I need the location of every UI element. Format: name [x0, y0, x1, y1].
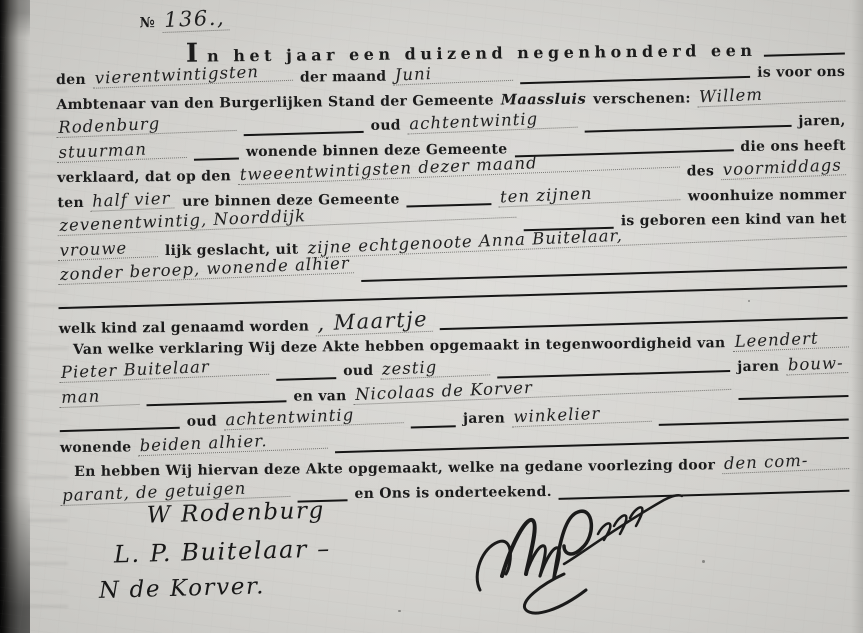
- rule-line: [659, 411, 849, 425]
- rule-line: [763, 45, 845, 56]
- form-lines: №136.,In het jaar een duizend negenhonde…: [55, 1, 849, 510]
- paper-speck: [702, 560, 705, 563]
- printed-text: jaren: [463, 410, 505, 426]
- printed-text: oud: [343, 363, 373, 379]
- witness1-occupation-part1: bouw-: [786, 353, 849, 375]
- daypart-value: voormiddags: [720, 155, 846, 180]
- printed-text: jaren,: [798, 113, 845, 129]
- page-edge-shadow: [851, 0, 863, 633]
- printed-text: Van welke verklaring Wij deze Akte hebbe…: [73, 335, 726, 358]
- printed-text: En hebben Wij hiervan deze Akte opgemaak…: [74, 457, 715, 480]
- signature: L. P. Buitelaar –: [114, 534, 332, 577]
- rule-line: [194, 150, 239, 160]
- official-signature-icon: [468, 478, 698, 628]
- scanned-birth-certificate: №136.,In het jaar een duizend negenhonde…: [0, 0, 863, 633]
- witness1-age: zestig: [380, 355, 491, 379]
- record-no-label: №: [139, 15, 155, 31]
- certificate-body: №136.,In het jaar een duizend negenhonde…: [55, 1, 849, 510]
- birth-time-value: half vier: [90, 188, 175, 211]
- rule-line: [520, 68, 750, 83]
- page-binding-shadow: [0, 0, 30, 633]
- rule-line: [585, 117, 792, 132]
- printed-text: oud: [187, 413, 217, 429]
- printed-text: Ambtenaar van den Burgerlijken Stand der…: [56, 92, 494, 113]
- month-value: Juni: [393, 61, 514, 86]
- paper-speck: [748, 300, 750, 302]
- rule-line: [411, 418, 456, 428]
- rule-line: [335, 430, 849, 453]
- signature: N de Korver.: [99, 571, 333, 614]
- rule-line: [276, 370, 336, 381]
- rule-line: [361, 259, 847, 282]
- rule-line: [738, 388, 848, 400]
- rule-line: [60, 419, 180, 431]
- printed-text: en van: [293, 388, 346, 405]
- printed-text: woonhuize nommer: [688, 186, 847, 204]
- printed-text: die ons heeft: [740, 137, 846, 154]
- paper-speck: [398, 610, 401, 612]
- printed-text: den: [56, 72, 86, 88]
- witness2-occupation: winkelier: [511, 402, 652, 428]
- rule-line: [146, 393, 286, 406]
- printed-text: welk kind zal genaamd worden: [59, 319, 310, 338]
- handwritten-text: den com-: [722, 449, 850, 474]
- printed-text: ten: [57, 194, 84, 210]
- printed-text: des: [687, 163, 715, 179]
- witness1-occupation-part2: man: [59, 384, 140, 407]
- rule-line: [243, 123, 363, 135]
- printed-text: is voor ons: [757, 64, 845, 81]
- rule-line: [440, 309, 848, 329]
- municipality-name: Maassluis: [501, 90, 587, 108]
- child-name-value: , Maartje: [315, 307, 433, 337]
- printed-text: verschenen:: [593, 90, 691, 107]
- official-signature-flourish: [468, 478, 698, 632]
- record-no-value: 136.,: [161, 5, 229, 33]
- witness1-first-name: Leendert: [732, 327, 848, 352]
- printed-text: verklaard, dat op den: [57, 168, 231, 186]
- printed-text: der maand: [300, 69, 387, 86]
- signature: W Rodenburg: [146, 497, 330, 539]
- gender-value: vrouwe: [57, 237, 158, 261]
- printed-text: jaren: [737, 359, 779, 375]
- day-value: vierentwintigsten: [92, 61, 293, 89]
- signatures: W RodenburgL. P. Buitelaar –N de Korver.: [146, 497, 332, 613]
- printed-text: oud: [371, 118, 401, 134]
- printed-text: wonende: [60, 439, 132, 456]
